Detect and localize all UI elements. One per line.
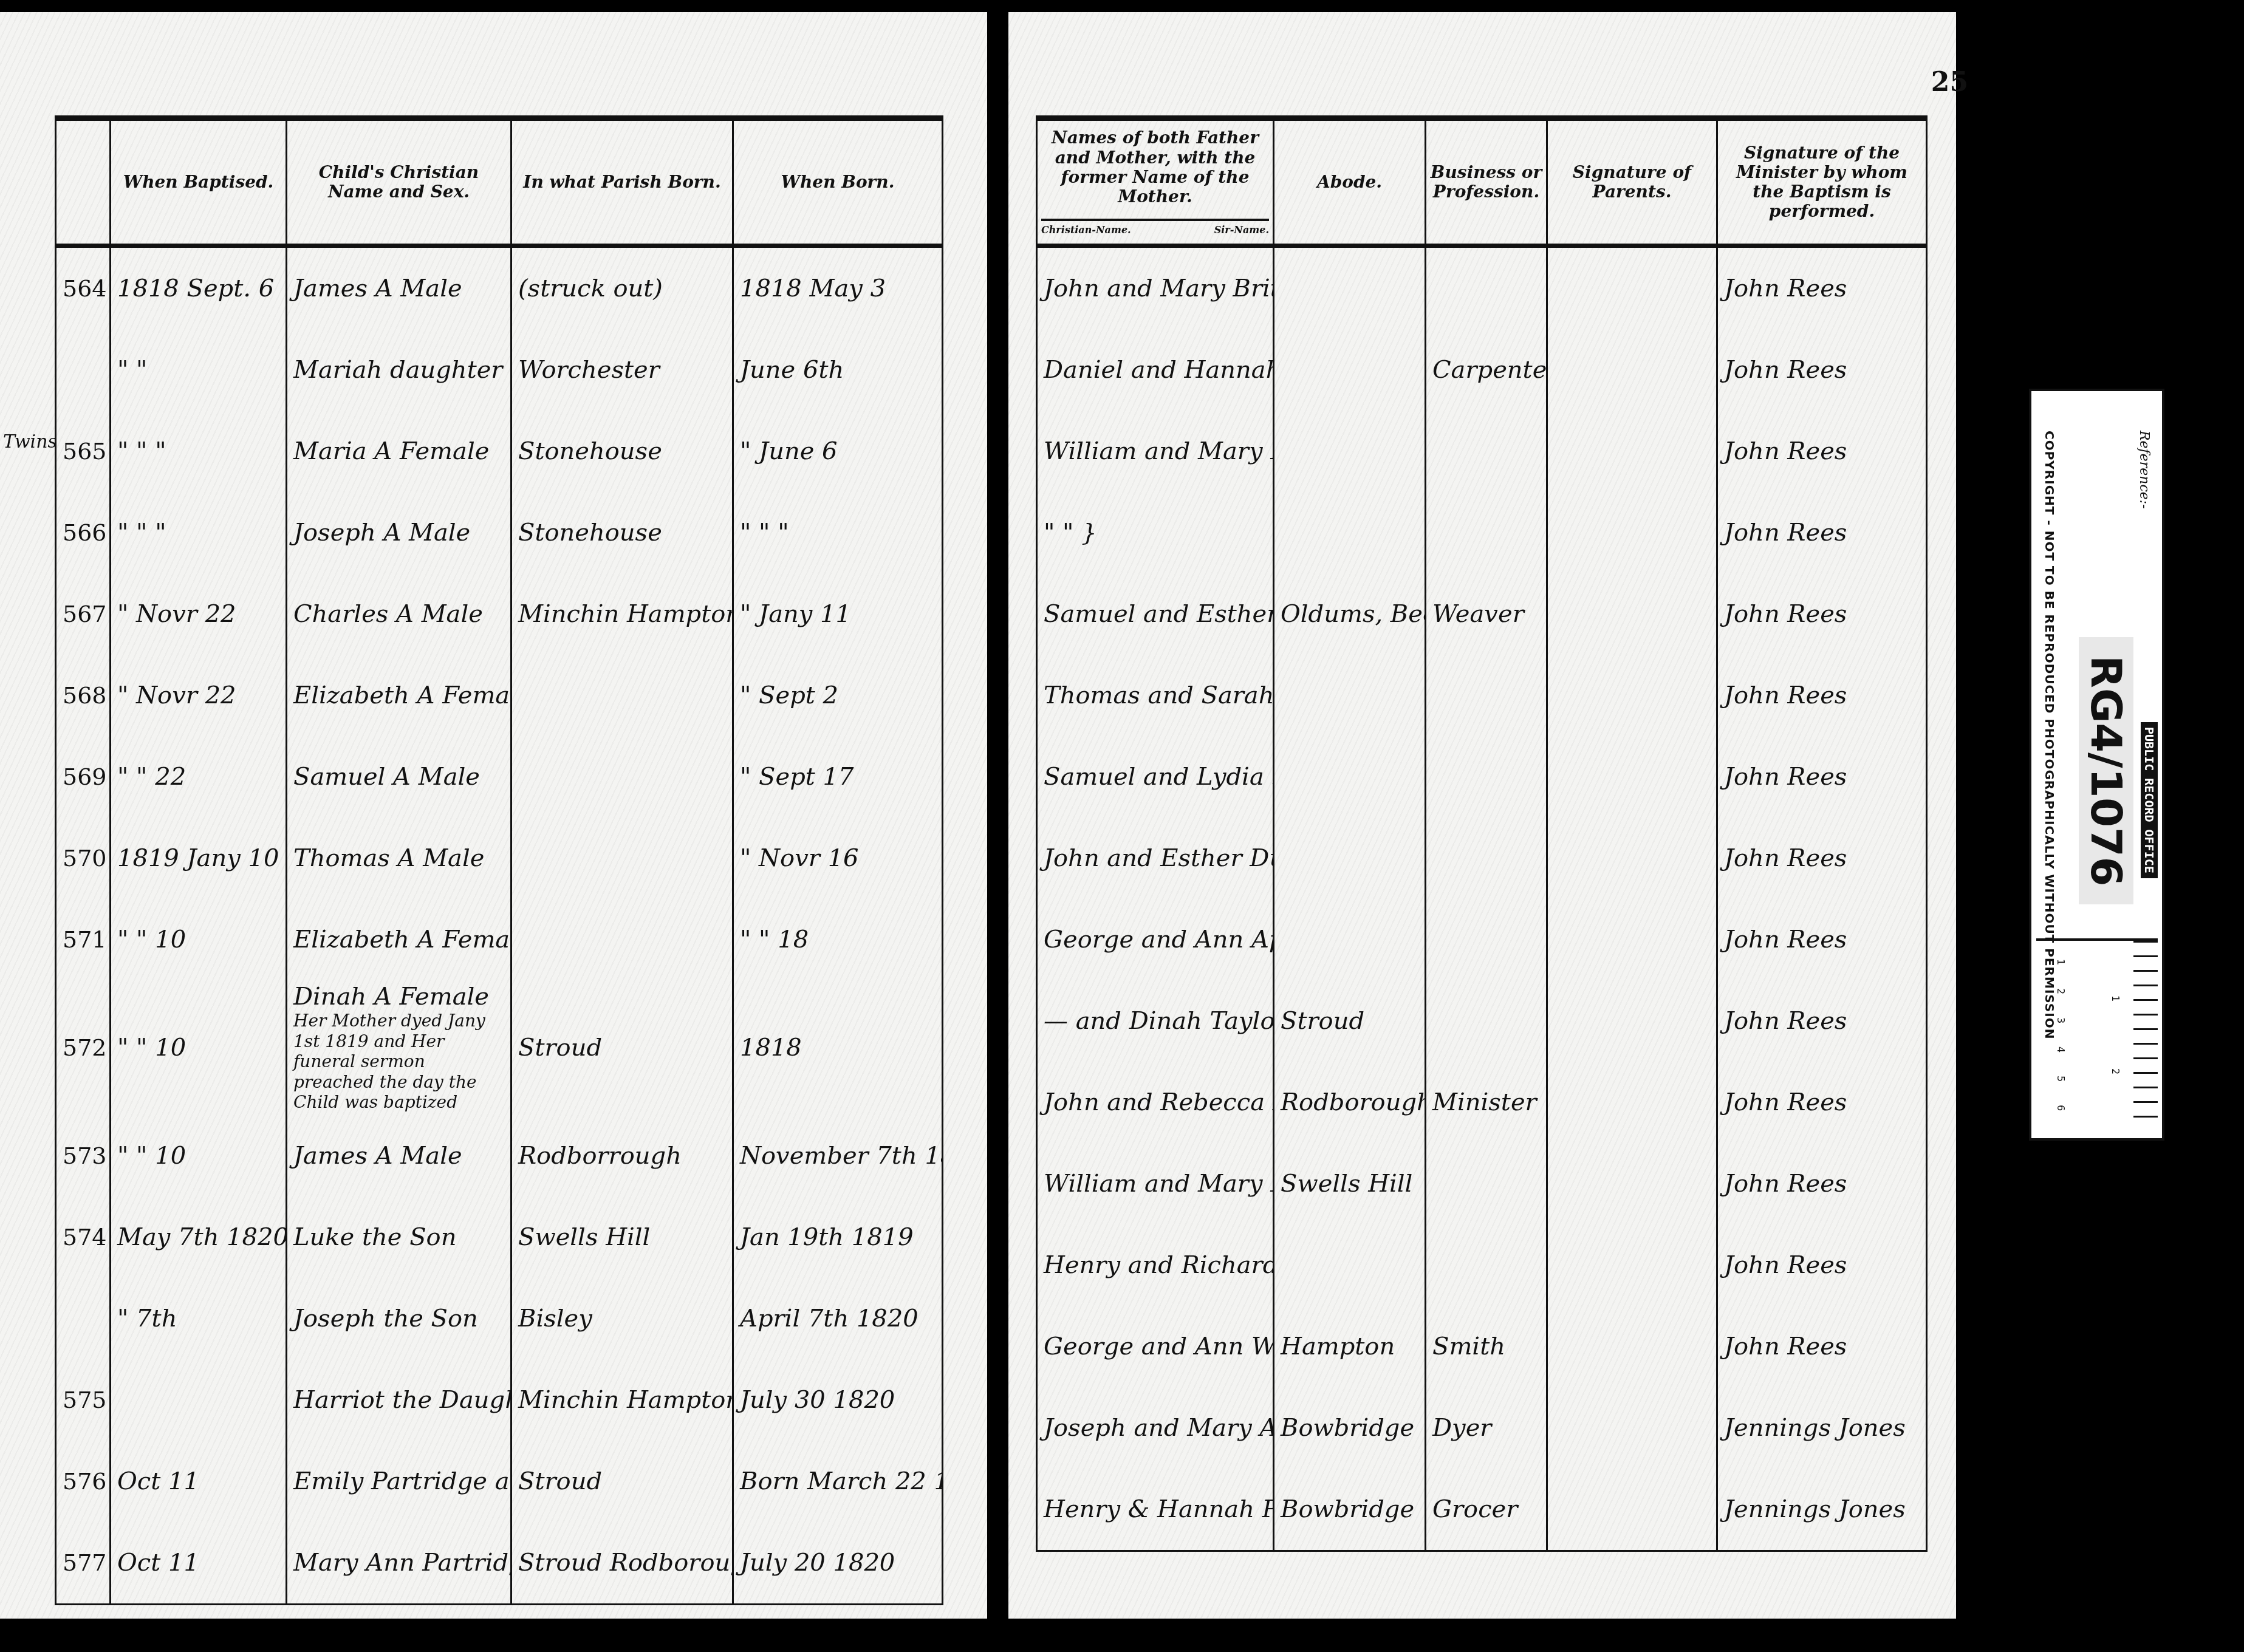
register-entry-row: 573" " 10James A MaleRodborroughNovember…	[56, 1115, 943, 1196]
baptism-date: " 7th	[111, 1278, 287, 1359]
register-entry-row: William and Mary FranklynSwells HillJohn…	[1037, 1143, 1927, 1224]
reference-label: Reference:-	[2136, 431, 2152, 509]
register-entry-row: 568" Novr 22Elizabeth A Female" Sept 2	[56, 655, 943, 736]
left-header-2: Child's Christian Name and Sex.	[287, 118, 511, 246]
parish-born: Swells Hill	[511, 1196, 733, 1278]
minister-signature: Jennings Jones	[1717, 1469, 1927, 1551]
baptism-date: 1819 Jany 10	[111, 817, 287, 899]
parents-signature	[1547, 1143, 1717, 1224]
left-register-table: When Baptised.Child's Christian Name and…	[55, 115, 943, 1605]
minister-signature: John Rees	[1717, 1062, 1927, 1143]
profession	[1426, 1224, 1547, 1306]
birth-date: June 6th	[733, 329, 943, 411]
minister-signature: John Rees	[1717, 1306, 1927, 1387]
header-parents: Names of both Father and Mother, with th…	[1037, 118, 1274, 246]
profession	[1426, 1143, 1547, 1224]
register-entry-row: George and Ann WoodHamptonSmithJohn Rees	[1037, 1306, 1927, 1387]
parents-signature	[1547, 1224, 1717, 1306]
parents-names: Daniel and Hannah Gough	[1037, 329, 1274, 411]
child-name: Emily Partridge a Female	[287, 1441, 511, 1522]
abode	[1274, 736, 1426, 817]
left-header-1: When Baptised.	[111, 118, 287, 246]
parents-names: George and Ann Apperly	[1037, 899, 1274, 980]
profession	[1426, 492, 1547, 573]
entry-number: 575	[56, 1359, 111, 1441]
birth-date: July 20 1820	[733, 1522, 943, 1605]
parents-signature	[1547, 246, 1717, 330]
birth-date: 1818	[733, 980, 943, 1115]
child-name: Luke the Son	[287, 1196, 511, 1278]
entry-number: 573	[56, 1115, 111, 1196]
profession: Grocer	[1426, 1469, 1547, 1551]
register-entry-row: — and Dinah TaylorStroudJohn Rees	[1037, 980, 1927, 1062]
abode	[1274, 899, 1426, 980]
register-entry-row: John and Esther DudbridgeJohn Rees	[1037, 817, 1927, 899]
abode	[1274, 817, 1426, 899]
parents-signature	[1547, 1387, 1717, 1469]
profession	[1426, 655, 1547, 736]
left-header-4: When Born.	[733, 118, 943, 246]
register-entry-row: " "Mariah daughterWorchesterJune 6th	[56, 329, 943, 411]
parish-born: Stroud	[511, 1441, 733, 1522]
header-signature-minister: Signature of the Minister by whom the Ba…	[1717, 118, 1927, 246]
minister-signature: John Rees	[1717, 817, 1927, 899]
minister-signature: John Rees	[1717, 1224, 1927, 1306]
parents-names: William and Mary Respon	[1037, 411, 1274, 492]
register-entry-row: John and Rebecca ReesRodborough Tabernac…	[1037, 1062, 1927, 1143]
parents-signature	[1547, 736, 1717, 817]
parish-born	[511, 817, 733, 899]
baptism-date: " Novr 22	[111, 655, 287, 736]
birth-date: Born March 22 1825	[733, 1441, 943, 1522]
parents-names: George and Ann Wood	[1037, 1306, 1274, 1387]
parish-born: Stroud Rodborough	[511, 1522, 733, 1605]
baptism-date: " " 22	[111, 736, 287, 817]
parents-names: Joseph and Mary Ann Partridge	[1037, 1387, 1274, 1469]
parents-signature	[1547, 655, 1717, 736]
parish-born	[511, 655, 733, 736]
entry-number	[56, 1278, 111, 1359]
child-name: James A Male	[287, 1115, 511, 1196]
register-entry-row: 574May 7th 1820Luke the SonSwells HillJa…	[56, 1196, 943, 1278]
parents-names: John and Mary Britter	[1037, 246, 1274, 330]
child-name: Elizabeth A Female	[287, 655, 511, 736]
parish-born	[511, 899, 733, 980]
register-entry-row: 575Harriot the DaughterMinchin HamptonJu…	[56, 1359, 943, 1441]
profession	[1426, 817, 1547, 899]
parish-born: Stonehouse	[511, 492, 733, 573]
parents-signature	[1547, 492, 1717, 573]
abode: Stroud	[1274, 980, 1426, 1062]
register-entry-row: 577Oct 11Mary Ann Partridge a FemaleStro…	[56, 1522, 943, 1605]
minister-signature: John Rees	[1717, 246, 1927, 330]
parents-signature	[1547, 411, 1717, 492]
child-name: Elizabeth A Female	[287, 899, 511, 980]
profession	[1426, 246, 1547, 330]
baptism-date: 1818 Sept. 6	[111, 246, 287, 330]
minister-signature: John Rees	[1717, 980, 1927, 1062]
register-entry-row: Daniel and Hannah GoughCarpenterJohn Ree…	[1037, 329, 1927, 411]
register-entry-row: Henry and RichardsonJohn Rees	[1037, 1224, 1927, 1306]
parents-signature	[1547, 1306, 1717, 1387]
parents-signature	[1547, 1469, 1717, 1551]
abode: Rodborough Tabernacle	[1274, 1062, 1426, 1143]
profession: Dyer	[1426, 1387, 1547, 1469]
reference-card: Reference:- PUBLIC RECORD OFFICE RG4/107…	[2029, 389, 2164, 1141]
profession: Carpenter	[1426, 329, 1547, 411]
profession	[1426, 736, 1547, 817]
parish-born: Stonehouse	[511, 411, 733, 492]
minister-signature: John Rees	[1717, 655, 1927, 736]
parents-names: John and Esther Dudbridge	[1037, 817, 1274, 899]
child-name: Samuel A Male	[287, 736, 511, 817]
parish-born: (struck out)	[511, 246, 733, 330]
parish-born	[511, 736, 733, 817]
header-signature-parents: Signature of Parents.	[1547, 118, 1717, 246]
baptism-date: " Novr 22	[111, 573, 287, 655]
child-name: Mary Ann Partridge a Female	[287, 1522, 511, 1605]
entry-number: 570	[56, 817, 111, 899]
birth-date: July 30 1820	[733, 1359, 943, 1441]
profession: Smith	[1426, 1306, 1547, 1387]
parents-signature	[1547, 329, 1717, 411]
minister-signature: John Rees	[1717, 411, 1927, 492]
birth-date: " " 18	[733, 899, 943, 980]
reference-code: RG4/1076	[2079, 637, 2133, 904]
parents-signature	[1547, 1062, 1717, 1143]
parents-names: Samuel and Lydia Stephens	[1037, 736, 1274, 817]
abode: Bowbridge	[1274, 1469, 1426, 1551]
entry-number: 564	[56, 246, 111, 330]
parents-names: Samuel and Esther	[1037, 573, 1274, 655]
abode	[1274, 492, 1426, 573]
child-name: Charles A Male	[287, 573, 511, 655]
register-entry-row: Samuel and Lydia StephensJohn Rees	[1037, 736, 1927, 817]
entry-note: Her Mother dyed Jany 1st 1819 and Her fu…	[293, 1011, 504, 1113]
register-entry-row: 572" " 10Dinah A FemaleHer Mother dyed J…	[56, 980, 943, 1115]
abode: Oldums, Beechnap	[1274, 573, 1426, 655]
parish-born: Stroud	[511, 980, 733, 1115]
baptism-date: " " "	[111, 492, 287, 573]
entry-number: 569	[56, 736, 111, 817]
header-abode: Abode.	[1274, 118, 1426, 246]
baptism-date	[111, 1359, 287, 1441]
birth-date: " Sept 2	[733, 655, 943, 736]
parents-names: " " }	[1037, 492, 1274, 573]
child-name: Joseph the Son	[287, 1278, 511, 1359]
register-entry-row: John and Mary BritterJohn Rees	[1037, 246, 1927, 330]
abode	[1274, 329, 1426, 411]
left-header-3: In what Parish Born.	[511, 118, 733, 246]
register-entry-row: 566" " "Joseph A MaleStonehouse" " "	[56, 492, 943, 573]
parents-signature	[1547, 573, 1717, 655]
birth-date: " Novr 16	[733, 817, 943, 899]
parish-born: Minchin Hampton	[511, 1359, 733, 1441]
birth-date: April 7th 1820	[733, 1278, 943, 1359]
parents-names: John and Rebecca Rees	[1037, 1062, 1274, 1143]
right-register-page: 25 Names of both Father and Mother, with…	[1008, 12, 1956, 1619]
baptism-date: " "	[111, 329, 287, 411]
child-name: Maria A Female	[287, 411, 511, 492]
register-entry-row: George and Ann ApperlyJohn Rees	[1037, 899, 1927, 980]
parents-names: Henry and Richardson	[1037, 1224, 1274, 1306]
parish-born: Worchester	[511, 329, 733, 411]
abode: Hampton	[1274, 1306, 1426, 1387]
minister-signature: John Rees	[1717, 736, 1927, 817]
profession	[1426, 411, 1547, 492]
entry-number: 574	[56, 1196, 111, 1278]
minister-signature: John Rees	[1717, 1143, 1927, 1224]
register-entry-row: " 7thJoseph the SonBisleyApril 7th 1820	[56, 1278, 943, 1359]
register-entry-row: Samuel and EstherOldums, BeechnapWeaverJ…	[1037, 573, 1927, 655]
baptism-date: Oct 11	[111, 1522, 287, 1605]
abode	[1274, 655, 1426, 736]
register-entry-row: Henry & Hannah PartridgeBowbridgeGrocerJ…	[1037, 1469, 1927, 1551]
left-register-page: Twins When Baptised.Child's Christian Na…	[0, 12, 987, 1619]
child-name: Thomas A Male	[287, 817, 511, 899]
register-entry-row: Thomas and Sarah GoughJohn Rees	[1037, 655, 1927, 736]
parish-born: Bisley	[511, 1278, 733, 1359]
baptism-date: " " 10	[111, 980, 287, 1115]
child-name: James A Male	[287, 246, 511, 330]
birth-date: Jan 19th 1819	[733, 1196, 943, 1278]
abode	[1274, 1224, 1426, 1306]
minister-signature: Jennings Jones	[1717, 1387, 1927, 1469]
baptism-date: " " 10	[111, 1115, 287, 1196]
baptism-date: " " "	[111, 411, 287, 492]
child-name: Harriot the Daughter	[287, 1359, 511, 1441]
baptism-date: May 7th 1820	[111, 1196, 287, 1278]
twins-margin-note: Twins	[3, 431, 57, 452]
child-name: Mariah daughter	[287, 329, 511, 411]
parents-signature	[1547, 817, 1717, 899]
left-header-0	[56, 118, 111, 246]
abode: Bowbridge	[1274, 1387, 1426, 1469]
entry-number: 565	[56, 411, 111, 492]
entry-number: 572	[56, 980, 111, 1115]
register-entry-row: 565" " "Maria A FemaleStonehouse" June 6	[56, 411, 943, 492]
profession: Minister	[1426, 1062, 1547, 1143]
header-business: Business or Profession.	[1426, 118, 1547, 246]
birth-date: 1818 May 3	[733, 246, 943, 330]
parish-born: Minchin Hampton	[511, 573, 733, 655]
birth-date: " " "	[733, 492, 943, 573]
parents-signature	[1547, 980, 1717, 1062]
baptism-date: Oct 11	[111, 1441, 287, 1522]
entry-number: 576	[56, 1441, 111, 1522]
abode	[1274, 411, 1426, 492]
baptism-date: " " 10	[111, 899, 287, 980]
parents-names: Henry & Hannah Partridge	[1037, 1469, 1274, 1551]
minister-signature: John Rees	[1717, 329, 1927, 411]
register-entry-row: William and Mary ResponJohn Rees	[1037, 411, 1927, 492]
parents-names: Thomas and Sarah Gough	[1037, 655, 1274, 736]
parents-signature	[1547, 899, 1717, 980]
profession	[1426, 980, 1547, 1062]
entry-number	[56, 329, 111, 411]
parents-names: William and Mary Franklyn	[1037, 1143, 1274, 1224]
abode	[1274, 246, 1426, 330]
register-entry-row: 5641818 Sept. 6James A Male(struck out)1…	[56, 246, 943, 330]
page-number: 25	[1931, 67, 1968, 98]
entry-number: 571	[56, 899, 111, 980]
parents-names: — and Dinah Taylor	[1037, 980, 1274, 1062]
register-entry-row: " " }John Rees	[1037, 492, 1927, 573]
birth-date: " June 6	[733, 411, 943, 492]
profession	[1426, 899, 1547, 980]
entry-number: 568	[56, 655, 111, 736]
register-entry-row: 571" " 10Elizabeth A Female" " 18	[56, 899, 943, 980]
minister-signature: John Rees	[1717, 899, 1927, 980]
minister-signature: John Rees	[1717, 573, 1927, 655]
register-entry-row: 5701819 Jany 10Thomas A Male" Novr 16	[56, 817, 943, 899]
record-office-label: PUBLIC RECORD OFFICE	[2141, 722, 2158, 878]
register-entry-row: 569" " 22Samuel A Male" Sept 17	[56, 736, 943, 817]
child-name: Dinah A FemaleHer Mother dyed Jany 1st 1…	[287, 980, 511, 1115]
register-entry-row: 576Oct 11Emily Partridge a FemaleStroudB…	[56, 1441, 943, 1522]
birth-date: November 7th 1818	[733, 1115, 943, 1196]
entry-number: 566	[56, 492, 111, 573]
entry-number: 567	[56, 573, 111, 655]
abode: Swells Hill	[1274, 1143, 1426, 1224]
right-register-table: Names of both Father and Mother, with th…	[1036, 115, 1928, 1552]
register-entry-row: 567" Novr 22Charles A MaleMinchin Hampto…	[56, 573, 943, 655]
profession: Weaver	[1426, 573, 1547, 655]
entry-number: 577	[56, 1522, 111, 1605]
measurement-ruler: 12345612	[2036, 938, 2158, 1123]
child-name: Joseph A Male	[287, 492, 511, 573]
register-entry-row: Joseph and Mary Ann PartridgeBowbridgeDy…	[1037, 1387, 1927, 1469]
minister-signature: John Rees	[1717, 492, 1927, 573]
birth-date: " Sept 17	[733, 736, 943, 817]
parish-born: Rodborrough	[511, 1115, 733, 1196]
birth-date: " Jany 11	[733, 573, 943, 655]
